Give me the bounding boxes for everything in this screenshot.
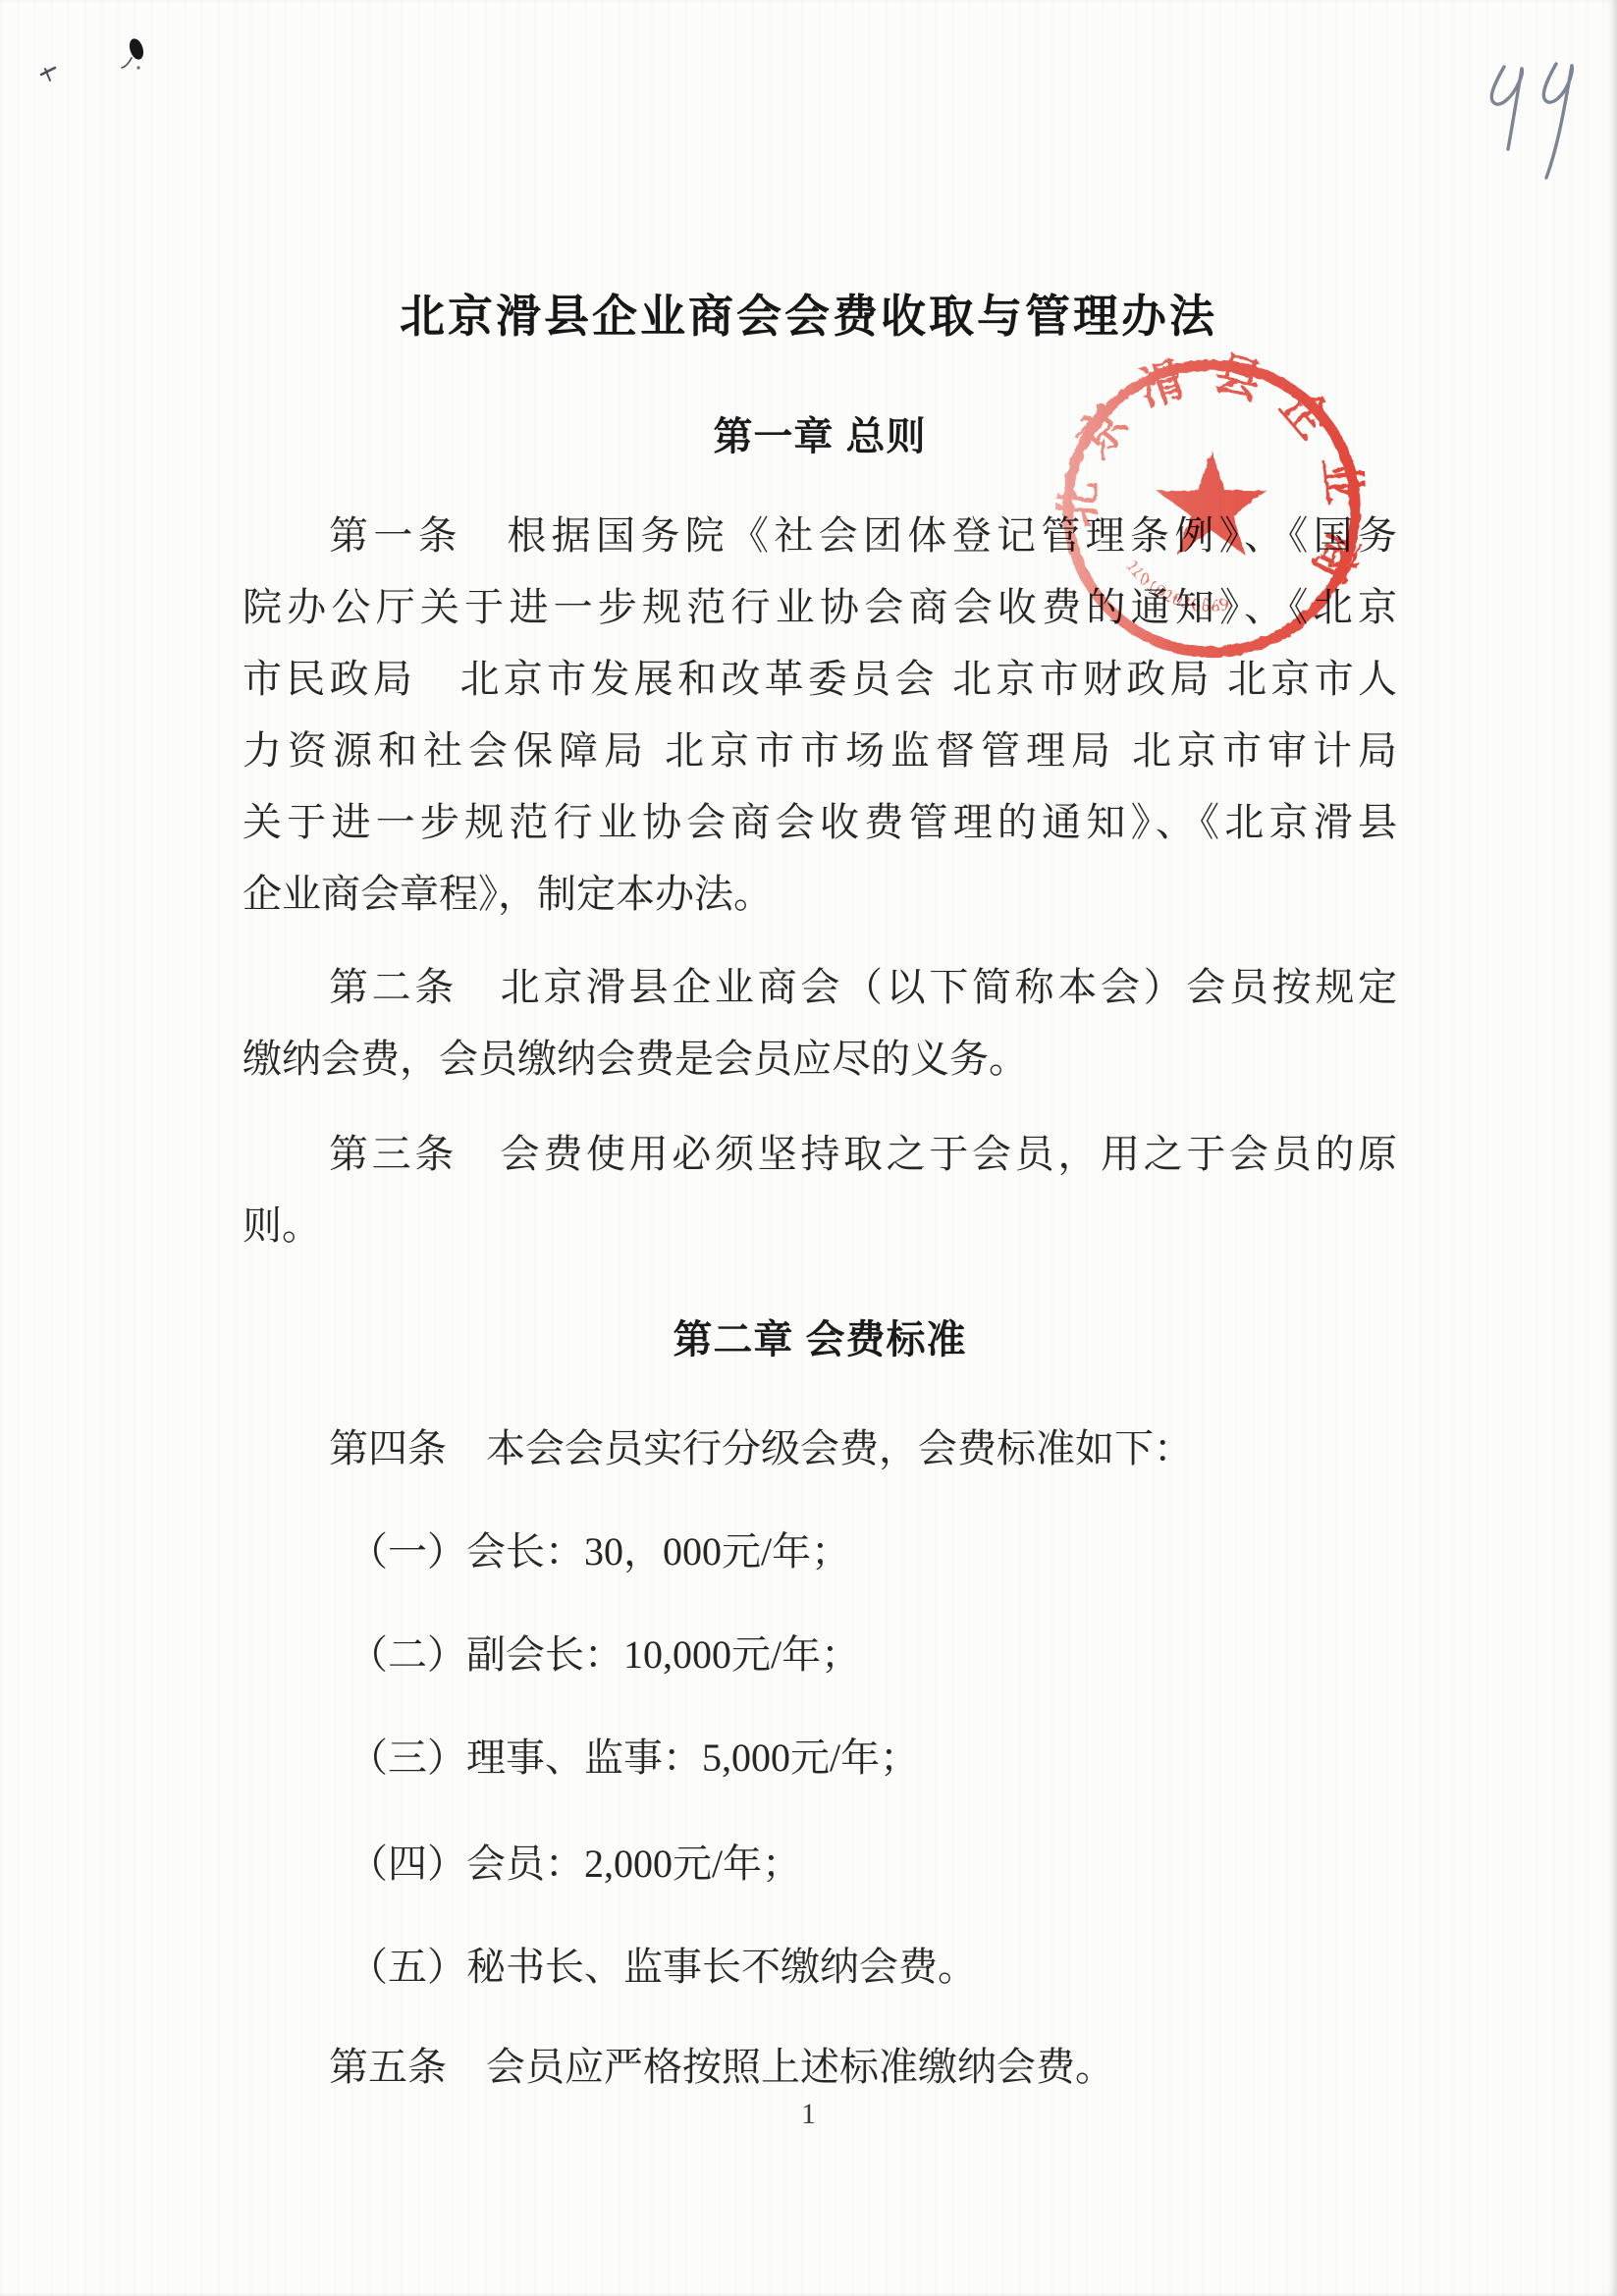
handwritten-page-number [1476,47,1586,192]
list-item: （一）会长：30，000元/年； [243,1516,1397,1587]
chapter-heading: 第一章 总则 [243,414,1397,459]
text-line: 第二条 北京滑县企业商会（以下简称本会）会员按规定 [243,951,1397,1023]
text-line: 关于进一步规范行业协会商会收费管理的通知》、《北京滑县 [243,786,1397,858]
paragraph: 第一条 根据国务院《社会团体登记管理条例》、《国务院办公厅关于进一步规范行业协会… [243,500,1397,930]
text-line: （三）理事、监事：5,000元/年； [243,1722,1397,1793]
text-line: （四）会员：2,000元/年； [243,1828,1397,1899]
page-number: 1 [0,2097,1617,2132]
paragraph: 第四条 本会会员实行分级会费，会费标准如下： [243,1413,1397,1484]
paragraph: 第五条 会员应严格按照上述标准缴纳会费。 [243,2031,1397,2103]
document-body: 第一章 总则第一条 根据国务院《社会团体登记管理条例》、《国务院办公厅关于进一步… [243,0,1397,2103]
text-line: 第五条 会员应严格按照上述标准缴纳会费。 [243,2031,1397,2103]
text-line: 第三条 会费使用必须坚持取之于会员，用之于会员的原 [243,1118,1397,1190]
text-line: （二）副会长：10,000元/年； [243,1619,1397,1690]
paragraph: 第二条 北京滑县企业商会（以下简称本会）会员按规定缴纳会费，会员缴纳会费是会员应… [243,951,1397,1095]
text-line: （一）会长：30，000元/年； [243,1516,1397,1587]
text-line: 第四条 本会会员实行分级会费，会费标准如下： [243,1413,1397,1484]
text-line: 则。 [243,1190,1397,1261]
text-line: 院办公厅关于进一步规范行业协会商会收费的通知》、《北京 [243,571,1397,643]
paragraph: 第三条 会费使用必须坚持取之于会员，用之于会员的原则。 [243,1118,1397,1261]
document-page: 北京滑县企业商会会费收取与管理办法 第一章 总则第一条 根据国务院《社会团体登记… [0,0,1617,2296]
text-line: 第一条 根据国务院《社会团体登记管理条例》、《国务 [243,500,1397,571]
text-line: 市民政局 北京市发展和改革委员会 北京市财政局 北京市人 [243,643,1397,715]
list-item: （二）副会长：10,000元/年； [243,1619,1397,1690]
text-line: 企业商会章程》，制定本办法。 [243,858,1397,930]
list-item: （三）理事、监事：5,000元/年； [243,1722,1397,1793]
list-item: （五）秘书长、监事长不缴纳会费。 [243,1931,1397,2002]
list-item: （四）会员：2,000元/年； [243,1828,1397,1899]
text-line: （五）秘书长、监事长不缴纳会费。 [243,1931,1397,2002]
chapter-heading: 第二章 会费标准 [243,1317,1397,1362]
text-line: 力资源和社会保障局 北京市市场监督管理局 北京市审计局 [243,715,1397,786]
text-line: 缴纳会费，会员缴纳会费是会员应尽的义务。 [243,1023,1397,1095]
ink-smudge [27,27,165,96]
